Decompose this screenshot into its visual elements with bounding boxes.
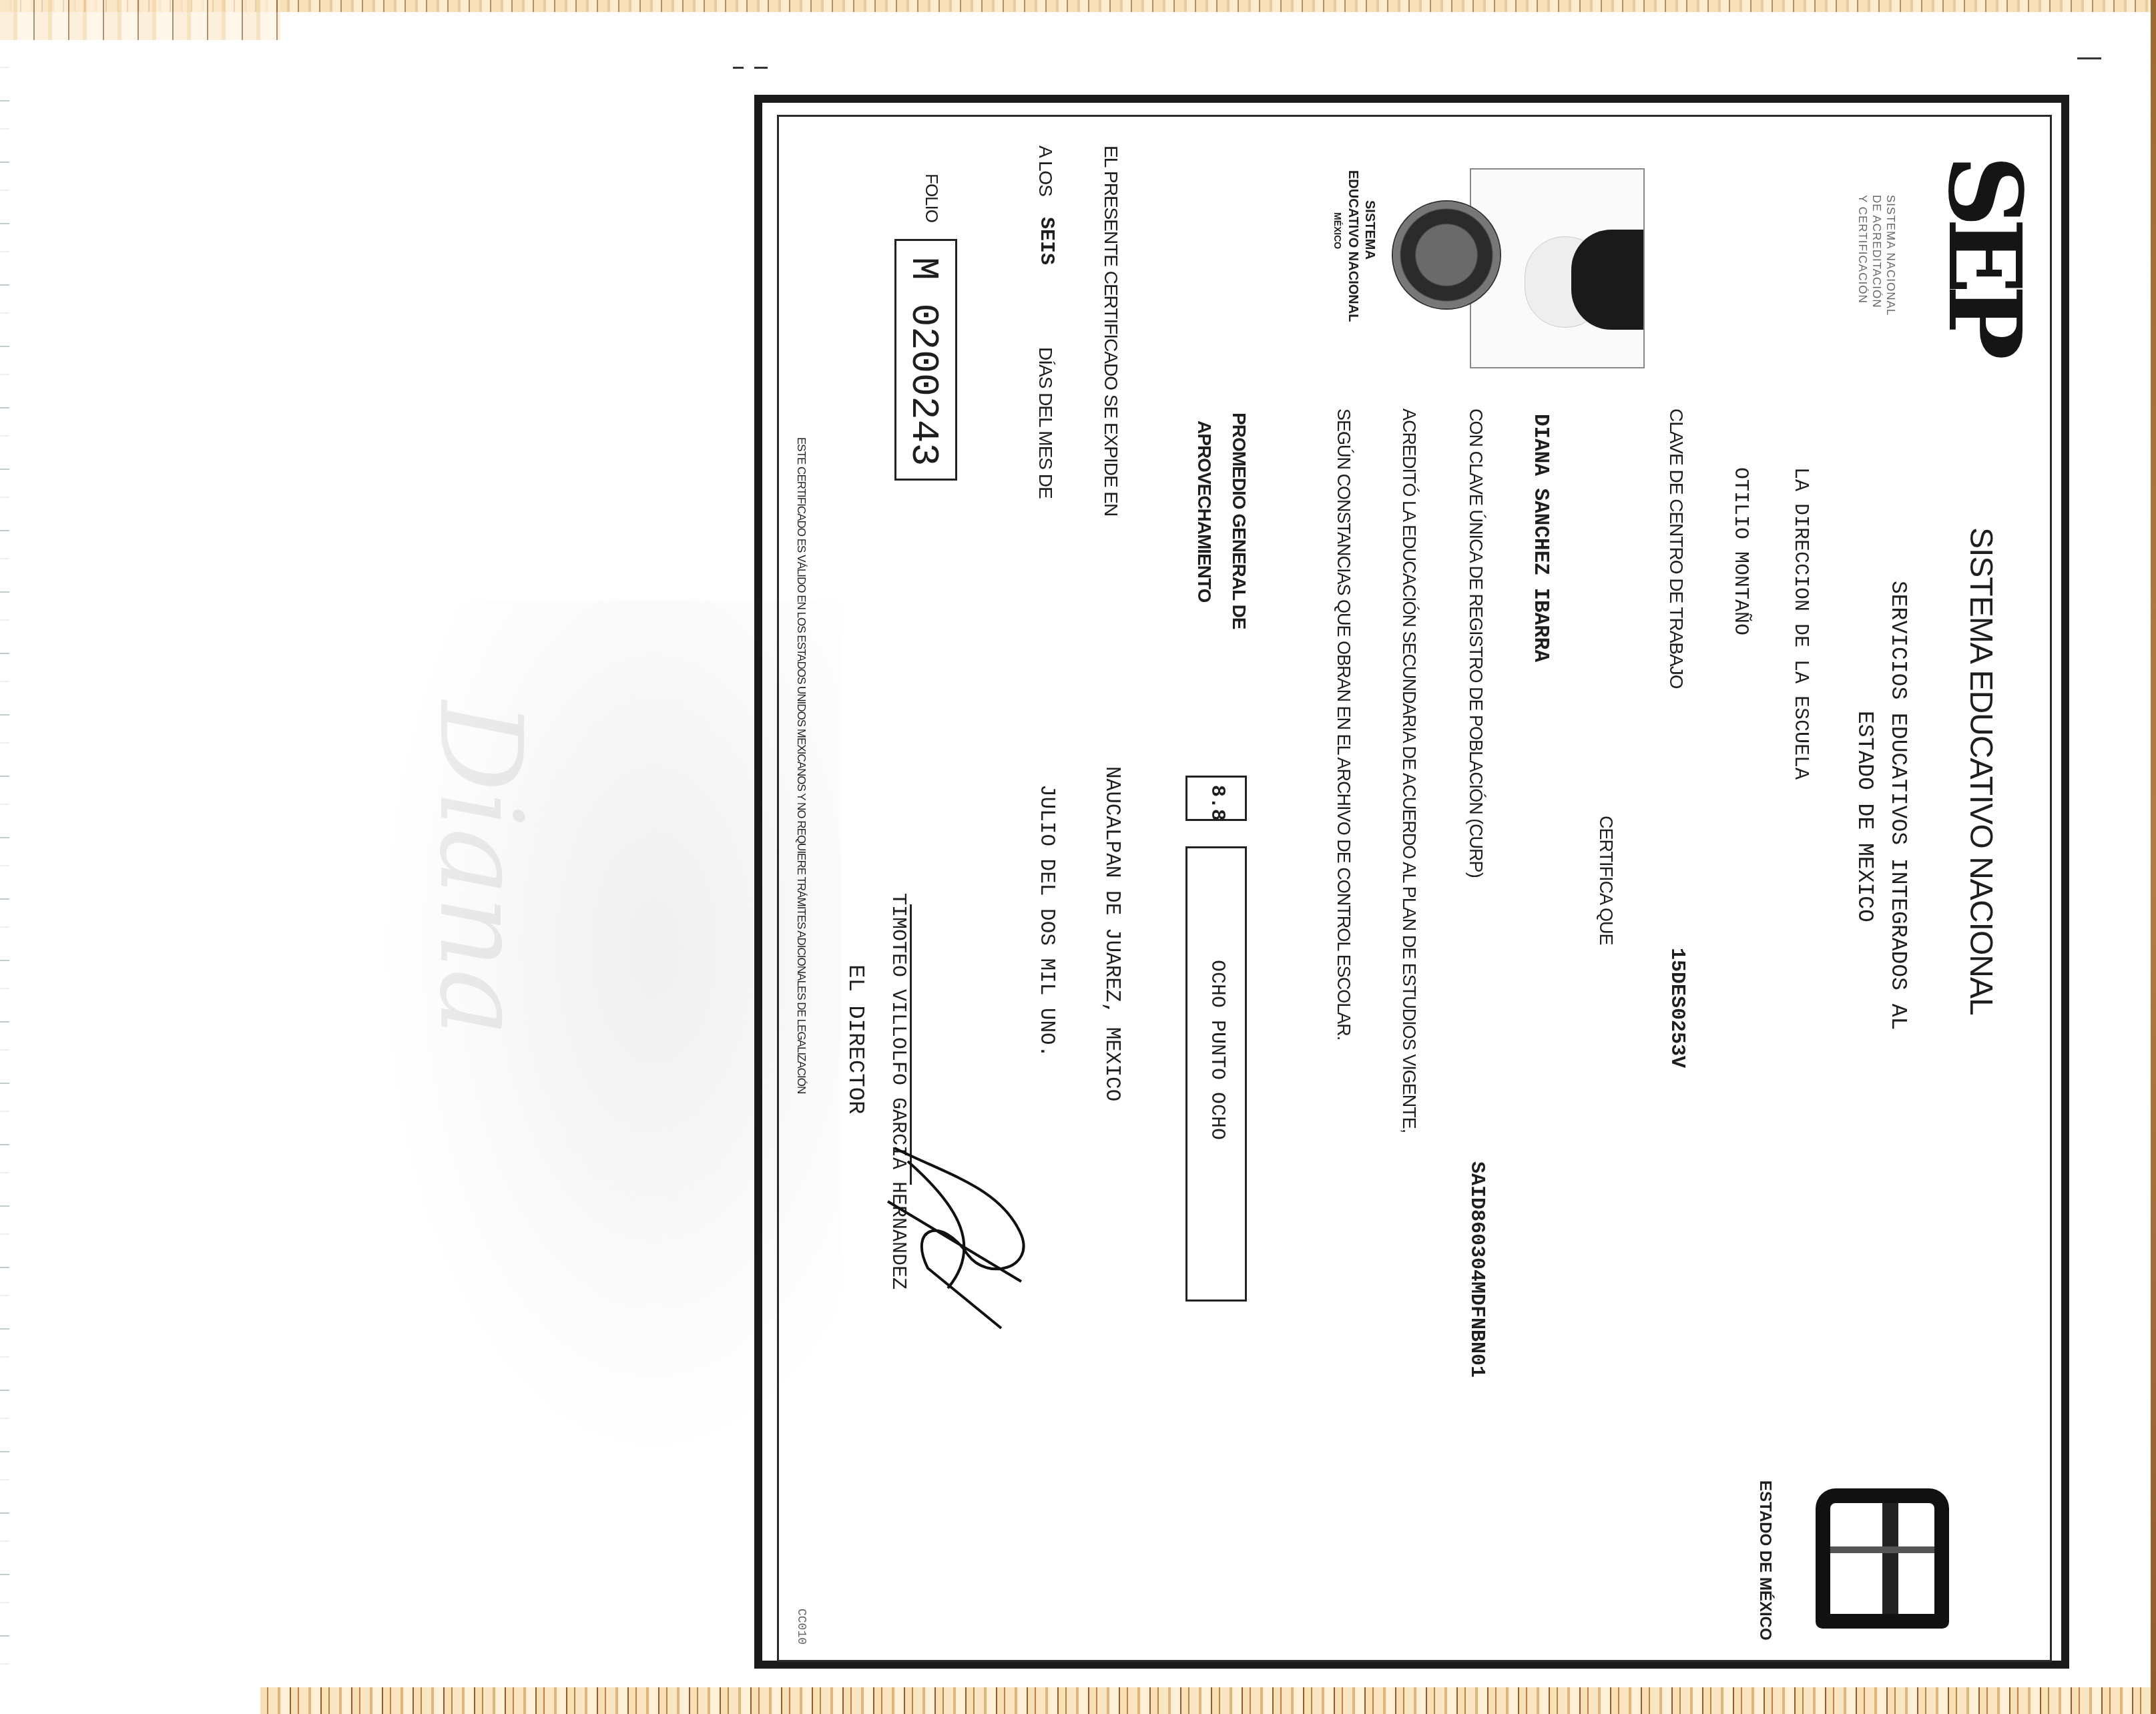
photo-hair — [1571, 230, 1645, 330]
subtitle-line-2: ESTADO DE MEXICO — [1852, 711, 1877, 922]
crop-mark — [733, 67, 744, 69]
wood-table-edge-bottom — [260, 1687, 2156, 1714]
logo-subtitle-3: Y CERTIFICACIÓN — [1856, 195, 1870, 304]
folio-label: FOLIO — [921, 174, 942, 222]
validity-note: ESTE CERTIFICADO ES VÁLIDO EN LOS ESTADO… — [794, 437, 808, 1093]
seal-caption-1: SISTEMA — [1362, 200, 1378, 260]
issue-date: JULIO DEL DOS MIL UNO. — [1035, 784, 1058, 1057]
student-name: DIANA SANCHEZ IBARRA — [1529, 414, 1552, 662]
wood-table-corner — [0, 0, 280, 40]
form-code: CC010 — [794, 1609, 808, 1645]
seal-caption-2: EDUCATIVO NACIONAL — [1345, 170, 1361, 322]
school-name: OTILIO MONTAÑO — [1729, 467, 1751, 635]
grade-value: 8.8 — [1205, 785, 1228, 821]
state-emblem-icon — [1816, 1488, 1949, 1629]
page-title: SISTEMA EDUCATIVO NACIONAL — [1962, 527, 1999, 1015]
emblem-cross-horizontal — [1830, 1546, 1934, 1553]
crop-mark — [2077, 57, 2101, 59]
sep-logo-icon: SEP — [1926, 155, 2043, 350]
records-line: SEGÚN CONSTANCIAS QUE OBRAN EN EL ARCHIV… — [1333, 408, 1354, 1040]
curp-value: SAID860304MDFNBN01 — [1465, 1161, 1488, 1378]
work-center-label: CLAVE DE CENTRO DE TRABAJO — [1665, 408, 1687, 689]
seal-caption-3: MÉXICO — [1330, 212, 1346, 249]
grade-label-2: APROVECHAMIENTO — [1193, 420, 1215, 602]
state-label: ESTADO DE MÉXICO — [1756, 1480, 1774, 1641]
wood-table-edge-right — [2151, 0, 2156, 1714]
folio-number: M 0200243 — [901, 257, 945, 466]
emblem-cross-vertical — [1882, 1503, 1898, 1614]
official-seal-icon — [1392, 200, 1501, 310]
scan-edge-left — [0, 40, 9, 1682]
issue-place: NAUCALPAN DE JUAREZ, MEXICO — [1100, 766, 1123, 1101]
school-prefix: LA DIRECCION DE LA ESCUELA — [1789, 467, 1812, 780]
wood-table-edge-top — [0, 0, 2156, 12]
certifies-label: CERTIFICA QUE — [1595, 816, 1616, 945]
issued-label: EL PRESENTE CERTIFICADO SE EXPIDE EN — [1100, 146, 1121, 516]
logo-subtitle-1: SISTEMA NACIONAL — [1884, 195, 1898, 316]
signatory-title: EL DIRECTOR — [842, 964, 868, 1114]
work-center-code: 15DES0253V — [1665, 948, 1688, 1068]
grade-words: OCHO PUNTO OCHO — [1205, 960, 1228, 1140]
watermark-text: Diana — [414, 701, 546, 1037]
day-prefix: A LOS — [1035, 146, 1056, 196]
subtitle-line-1: SERVICIOS EDUCATIVOS INTEGRADOS AL — [1886, 581, 1910, 1030]
curp-label: CON CLAVE ÚNICA DE REGISTRO DE POBLACIÓN… — [1465, 408, 1486, 878]
accredited-line: ACREDITÓ LA EDUCACIÓN SECUNDARIA DE ACUE… — [1398, 408, 1419, 1133]
signature-scribble-icon — [868, 1135, 1041, 1335]
issue-day: SEIS — [1035, 217, 1057, 265]
month-label: DÍAS DEL MES DE — [1035, 347, 1056, 499]
crop-mark — [754, 67, 768, 69]
logo-subtitle-2: DE ACREDITACIÓN — [1870, 195, 1884, 308]
grade-label-1: PROMEDIO GENERAL DE — [1228, 412, 1250, 629]
